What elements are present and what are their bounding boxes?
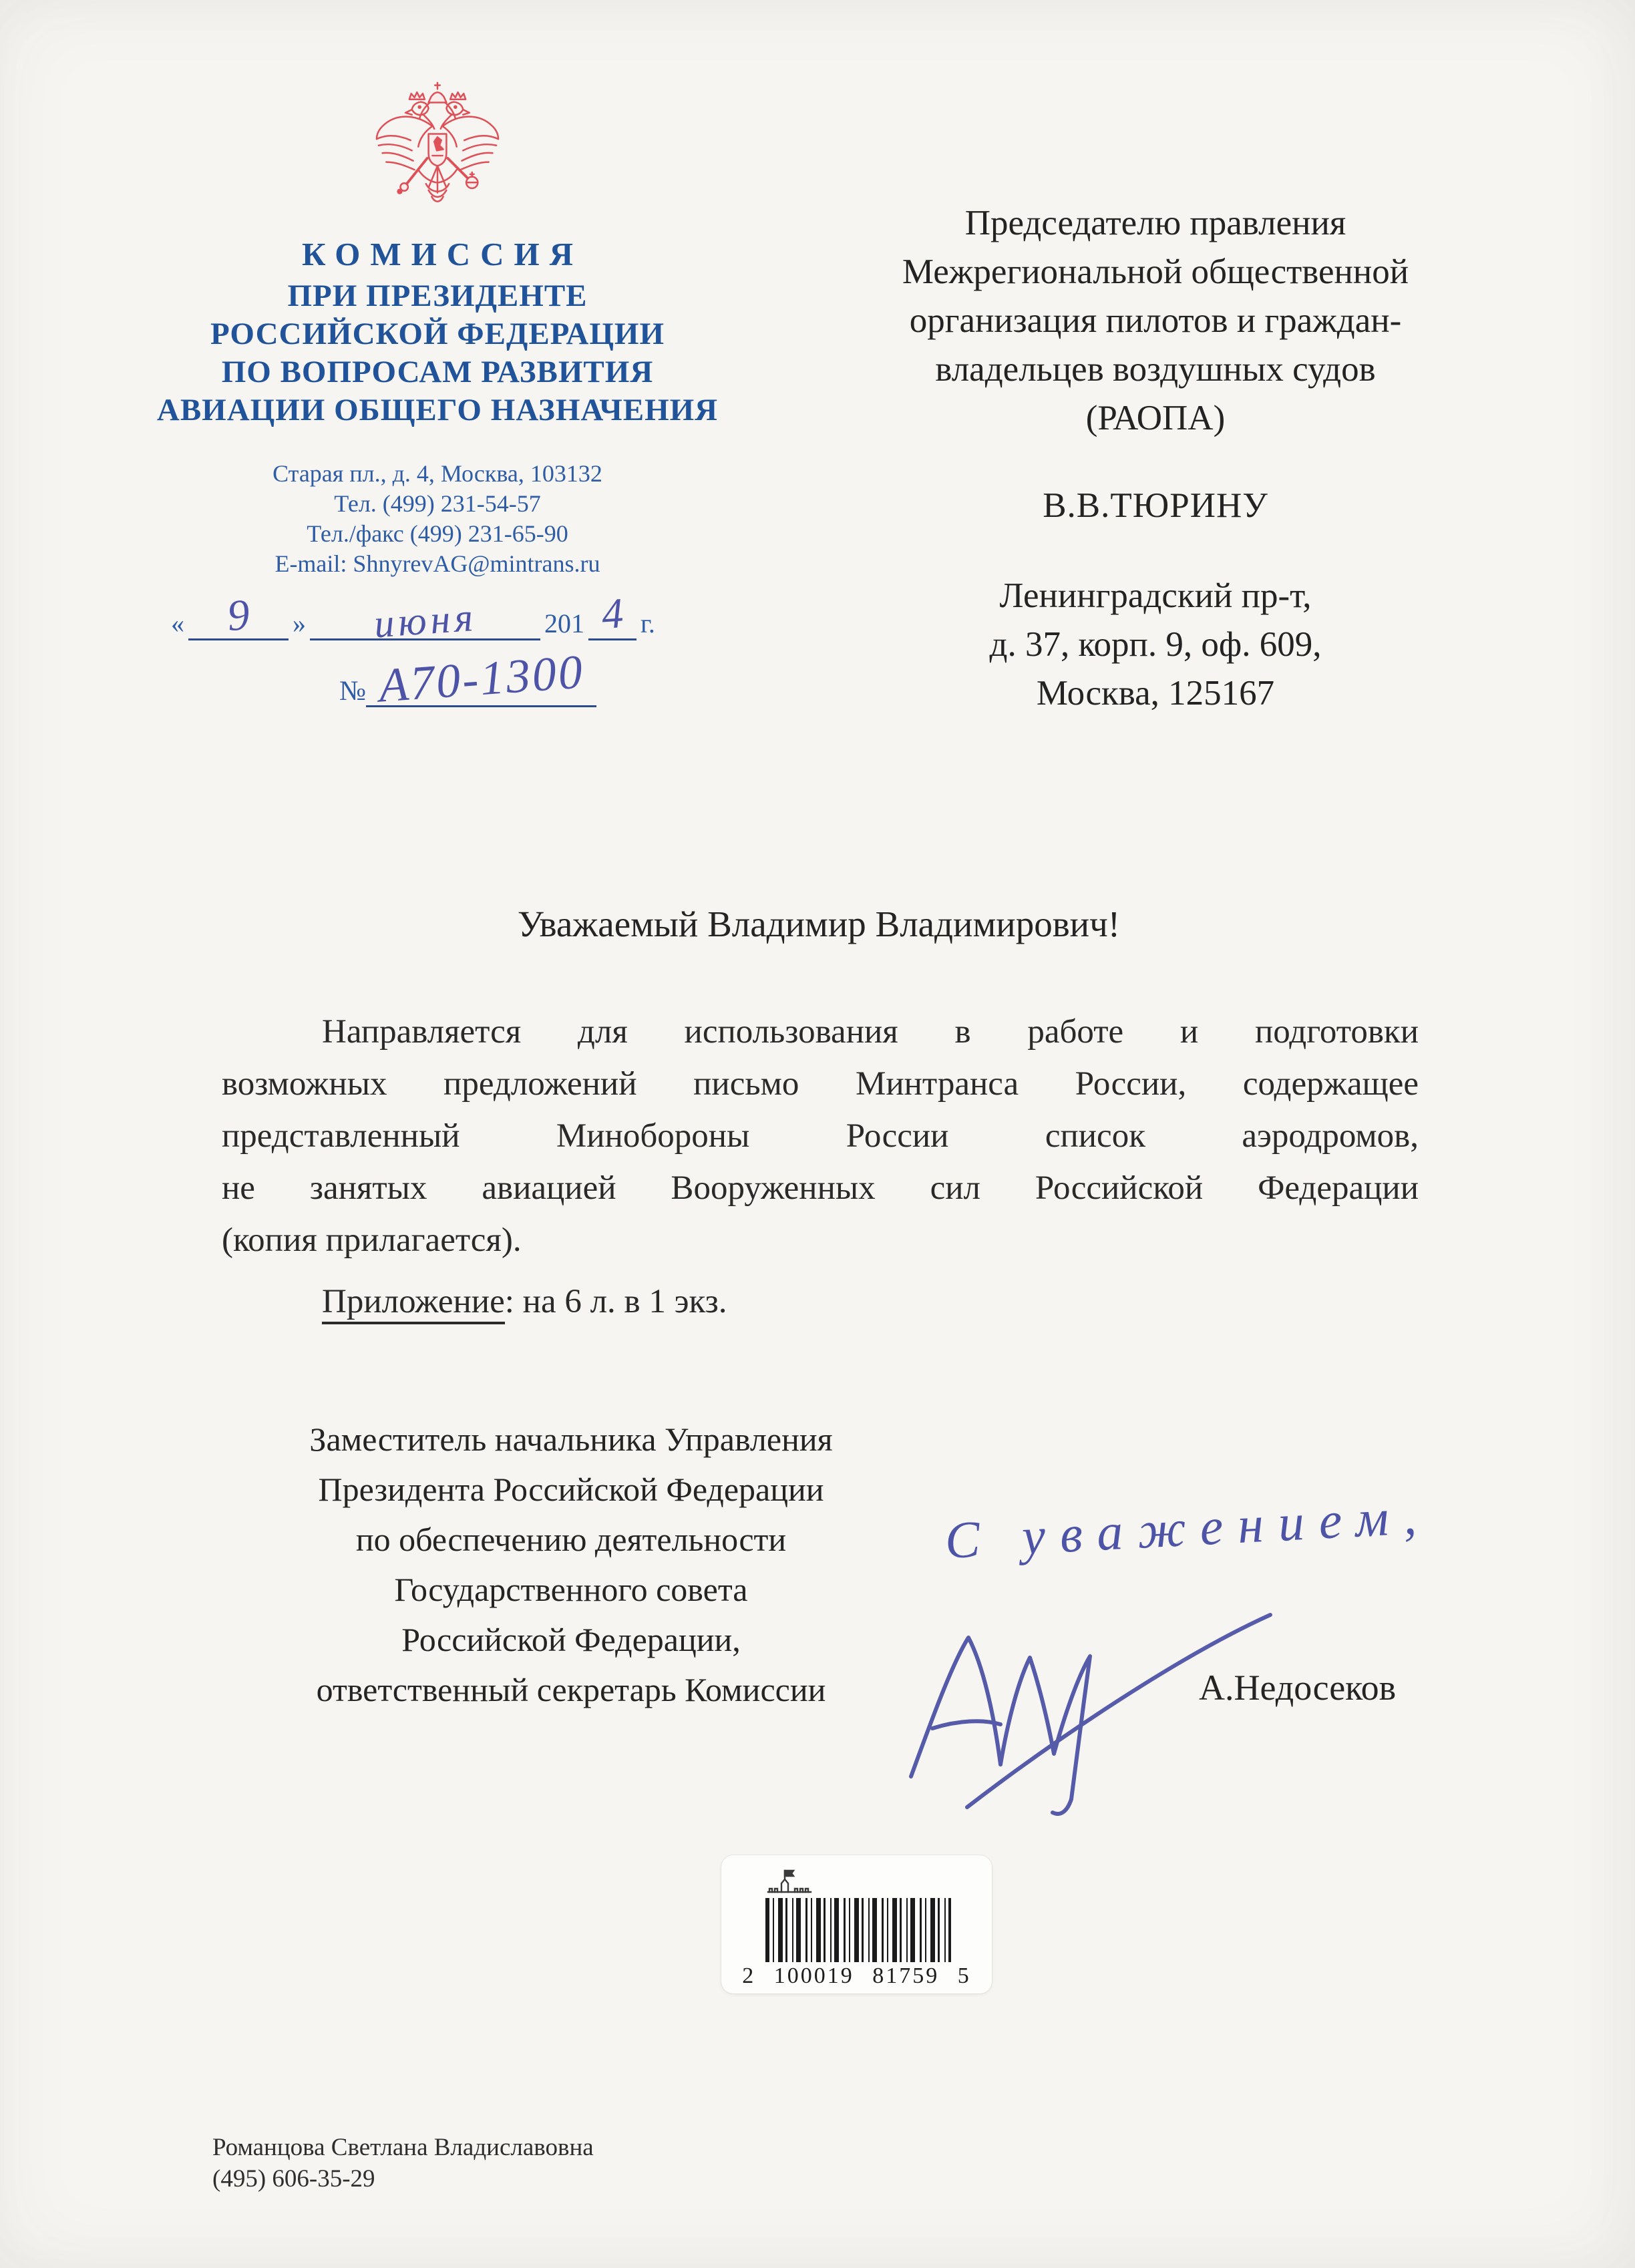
number-sign: №	[339, 675, 366, 707]
body-paragraph-line: (копия прилагается).	[222, 1214, 1419, 1266]
handwritten-signature-stroke	[888, 1596, 1302, 1823]
attachment-line: Приложение: на 6 л. в 1 экз.	[222, 1282, 1419, 1321]
date-quote-open: «	[167, 608, 188, 640]
reference-number-line: № А70-1300	[339, 665, 596, 707]
date-line: « 9 » июня 201 4 г.	[167, 596, 659, 640]
letterhead-contact-line: E-mail: ShnyrevAG@mintrans.ru	[140, 549, 735, 579]
recipient-address-line: Москва, 125167	[838, 669, 1473, 718]
signer-name: А.Недосеков	[1199, 1667, 1396, 1708]
recipient-org-line: Председателю правления	[838, 199, 1473, 248]
recipient-org-lines: Председателю правленияМежрегиональной об…	[838, 199, 1473, 443]
signer-position-line: Президента Российской Федерации	[214, 1465, 928, 1515]
body-paragraph-line: возможных предложений письмо Минтранса Р…	[222, 1058, 1419, 1110]
attachment-label: Приложение	[322, 1283, 505, 1324]
signer-position-line: ответственный секретарь Комиссии	[214, 1665, 928, 1715]
letterhead-title-line: ПРИ ПРЕЗИДЕНТЕ	[140, 277, 735, 315]
recipient-org-line: Межрегиональной общественной	[838, 248, 1473, 297]
handwritten-month: июня	[372, 594, 478, 648]
date-day-blank: 9	[188, 602, 289, 640]
russia-coat-of-arms-emblem	[373, 80, 502, 218]
signer-position-line: Государственного совета	[214, 1565, 928, 1615]
recipient-address-line: Ленинградский пр-т,	[838, 572, 1473, 620]
recipient-org-line: владельцев воздушных судов	[838, 345, 1473, 394]
date-year-printed: 201	[540, 608, 588, 640]
date-year-suffix: г.	[637, 608, 659, 640]
body-paragraph: Направляется для использования в работе …	[222, 1006, 1419, 1266]
recipient-org-line: (РАОПА)	[838, 394, 1473, 443]
recipient-address: Ленинградский пр-т,д. 37, корп. 9, оф. 6…	[838, 572, 1473, 718]
signer-position-block: Заместитель начальника УправленияПрезиде…	[214, 1414, 928, 1715]
signer-position-line: Российской Федерации,	[214, 1615, 928, 1665]
date-year-blank: 4	[588, 602, 637, 640]
body-paragraph-line: не занятых авиацией Вооруженных сил Росс…	[222, 1162, 1419, 1214]
handwritten-day: 9	[226, 590, 251, 642]
letterhead-contact-line: Тел./факс (499) 231-65-90	[140, 519, 735, 549]
signer-position-line: по обеспечению деятельности	[214, 1515, 928, 1565]
letterhead-title-line: КОМИССИЯ	[140, 235, 735, 273]
salutation: Уважаемый Владимир Владимирович!	[220, 903, 1417, 945]
letterhead-title-line: РОССИЙСКОЙ ФЕДЕРАЦИИ	[140, 315, 735, 353]
letterhead-contact-line: Старая пл., д. 4, Москва, 103132	[140, 459, 735, 489]
attachment-text: : на 6 л. в 1 экз.	[505, 1283, 727, 1320]
recipient-name: В.В.ТЮРИНУ	[838, 482, 1473, 530]
letterhead-contact-line: Тел. (499) 231-54-57	[140, 489, 735, 519]
letterhead-contacts: Старая пл., д. 4, Москва, 103132Тел. (49…	[140, 459, 735, 579]
letterhead-title-line: ПО ВОПРОСАМ РАЗВИТИЯ	[140, 353, 735, 391]
barcode-number: 2 100019 81759 5	[721, 1963, 992, 1989]
kremlin-flag-icon	[765, 1867, 813, 1894]
body-paragraph-line: Направляется для использования в работе …	[222, 1006, 1419, 1058]
handwritten-closing: С уважением,	[944, 1485, 1433, 1571]
date-quote-close: »	[289, 608, 310, 640]
letterhead-title-line: АВИАЦИИ ОБЩЕГО НАЗНАЧЕНИЯ	[140, 391, 735, 429]
recipient-block: Председателю правленияМежрегиональной об…	[838, 199, 1473, 718]
registration-barcode-label: 2 100019 81759 5	[721, 1855, 992, 1994]
handwritten-year-digit: 4	[600, 588, 624, 639]
recipient-address-line: д. 37, корп. 9, оф. 609,	[838, 620, 1473, 669]
recipient-org-line: организация пилотов и граждан-	[838, 297, 1473, 345]
letterhead-title: КОМИССИЯПРИ ПРЕЗИДЕНТЕРОССИЙСКОЙ ФЕДЕРАЦ…	[140, 235, 735, 429]
body-paragraph-line: представленный Минобороны России список …	[222, 1110, 1419, 1162]
executor-name: Романцова Светлана Владиславовна	[212, 2132, 594, 2163]
date-month-blank: июня	[310, 602, 540, 640]
executor-contact: Романцова Светлана Владиславовна (495) 6…	[212, 2132, 594, 2195]
barcode-bars	[765, 1898, 951, 1962]
signer-position-line: Заместитель начальника Управления	[214, 1414, 928, 1465]
letterhead: КОМИССИЯПРИ ПРЕЗИДЕНТЕРОССИЙСКОЙ ФЕДЕРАЦ…	[140, 80, 735, 579]
handwritten-reference-number: А70-1300	[377, 644, 586, 713]
scanned-letter-page: КОМИССИЯПРИ ПРЕЗИДЕНТЕРОССИЙСКОЙ ФЕДЕРАЦ…	[0, 0, 1635, 2268]
executor-phone: (495) 606-35-29	[212, 2163, 594, 2195]
reference-number-blank: А70-1300	[366, 669, 596, 707]
